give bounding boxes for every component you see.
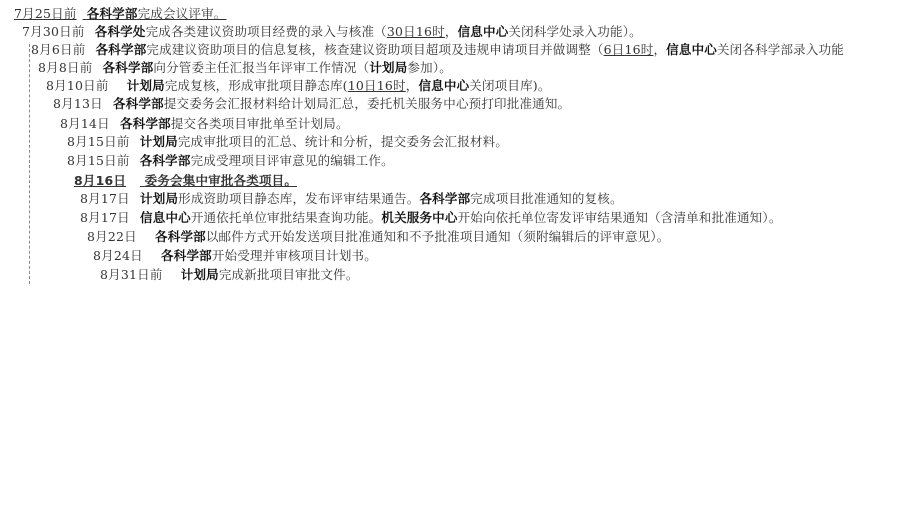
item-text: 以邮件方式开始发送项目批准通知和不予批准项目通知（须附编辑后的评审意见）。: [206, 229, 670, 244]
item-text: 开通依托单位审批结果查询功能。: [191, 210, 382, 225]
timeline-item-11: 8月17日 信息中心开通依托单位审批结果查询功能。机关服务中心开始向依托单位寄发…: [80, 210, 782, 226]
item-date: 8月6日前: [31, 42, 85, 57]
item-date: 8月15日前: [67, 153, 130, 168]
item-text: 提交各类项目审批单至计划局。: [171, 116, 349, 131]
item-text: 完成建议资助项目的信息复核，核查建议资助项目超项及违规申请项目并做调整（: [146, 42, 603, 57]
item-org2: 计划局: [369, 60, 407, 75]
item-org: 各科学部: [161, 248, 212, 263]
item-text: 提交委务会汇报材料给计划局汇总，委托机关服务中心预打印批准通知。: [164, 96, 570, 111]
item-text: 开始受理并审核项目计划书。: [212, 248, 377, 263]
item-org2: 信息中心: [458, 24, 509, 39]
item-text: 完成复核，形成审批项目静态库(: [165, 78, 348, 93]
item-text2: 开始向依托单位寄发评审结果通知（含清单和批准通知）。: [458, 210, 782, 225]
item-org: 计划局: [181, 267, 219, 282]
timeline-item-8: 8月15日前 各科学部完成受理项目评审意见的编辑工作。: [67, 153, 394, 169]
item-date: 8月14日: [60, 116, 110, 131]
item-org2: 机关服务中心: [381, 210, 457, 225]
item-text: 完成受理项目评审意见的编辑工作。: [191, 153, 394, 168]
item-org: 计划局: [127, 78, 165, 93]
item-text2: 关闭项目库)。: [469, 78, 550, 93]
timeline-item-13: 8月24日 各科学部开始受理并审核项目计划书。: [93, 248, 377, 264]
timeline-item-6: 8月14日 各科学部提交各类项目审批单至计划局。: [60, 116, 349, 132]
timeline-dashed-guide: [29, 44, 30, 284]
item-text2: 关闭科学处录入功能）。: [508, 24, 641, 39]
item-org: 各科学部: [87, 6, 138, 21]
item-org: 各科学部: [140, 153, 191, 168]
item-date: 8月17日: [80, 191, 130, 206]
item-deadline: 6日16时: [604, 42, 654, 57]
item-org: 各科学部: [103, 60, 154, 75]
item-date: 7月25日前: [14, 6, 77, 21]
item-org2: 信息中心: [418, 78, 469, 93]
item-date: 8月17日: [80, 210, 130, 225]
item-text: 完成各类建议资助项目经费的录入与核准（: [146, 24, 387, 39]
item-org: 各科学处: [95, 24, 146, 39]
item-org2: 各科学部: [419, 191, 470, 206]
timeline-item-12: 8月22日 各科学部以邮件方式开始发送项目批准通知和不予批准项目通知（须附编辑后…: [87, 229, 670, 245]
timeline-item-2: 8月6日前 各科学部完成建议资助项目的信息复核，核查建议资助项目超项及违规申请项…: [31, 42, 844, 58]
timeline-item-1: 7月30日前 各科学处完成各类建议资助项目经费的录入与核准（30日16时，信息中…: [22, 24, 642, 40]
item-org: 各科学部: [120, 116, 171, 131]
item-date: 8月22日: [87, 229, 137, 244]
timeline-item-0: 7月25日前 各科学部完成会议评审。: [14, 6, 226, 22]
item-org: 计划局: [140, 191, 178, 206]
timeline-item-3: 8月8日前 各科学部向分管委主任汇报当年评审工作情况（计划局参加）。: [38, 60, 452, 76]
item-org: 各科学部: [155, 229, 206, 244]
item-text: 完成审批项目的汇总、统计和分析，提交委务会汇报材料。: [178, 134, 508, 149]
item-org2: 信息中心: [666, 42, 717, 57]
item-org: 各科学部: [113, 96, 164, 111]
item-org: 计划局: [140, 134, 178, 149]
item-date: 7月30日前: [22, 24, 85, 39]
item-org: 委务会集中审批各类项目。: [145, 173, 297, 188]
item-date: 8月15日前: [67, 134, 130, 149]
item-deadline: 10日16时: [348, 78, 406, 93]
item-org: 信息中心: [140, 210, 191, 225]
item-text2: 参加）。: [407, 60, 452, 75]
item-text: 完成会议评审。: [138, 6, 227, 21]
item-org: 各科学部: [96, 42, 147, 57]
item-date: 8月24日: [93, 248, 143, 263]
item-deadline: 30日16时: [387, 24, 445, 39]
timeline-item-14: 8月31日前 计划局完成新批项目审批文件。: [100, 267, 359, 283]
item-text: 完成新批项目审批文件。: [219, 267, 359, 282]
timeline-item-5: 8月13日 各科学部提交委务会汇报材料给计划局汇总，委托机关服务中心预打印批准通…: [53, 96, 570, 112]
item-text2: 完成项目批准通知的复核。: [470, 191, 622, 206]
item-text: 向分管委主任汇报当年评审工作情况（: [153, 60, 369, 75]
timeline-item-7: 8月15日前 计划局完成审批项目的汇总、统计和分析，提交委务会汇报材料。: [67, 134, 508, 150]
item-text: 形成资助项目静态库，发布评审结果通告。: [178, 191, 419, 206]
item-date: 8月13日: [53, 96, 103, 111]
item-date: 8月16日: [74, 173, 126, 188]
item-text2: 关闭各科学部录入功能: [717, 42, 844, 57]
timeline-item-9: 8月16日 委务会集中审批各类项目。: [74, 173, 297, 189]
item-date: 8月8日前: [38, 60, 92, 75]
item-date: 8月31日前: [100, 267, 163, 282]
timeline-item-4: 8月10日前 计划局完成复核，形成审批项目静态库(10日16时，信息中心关闭项目…: [46, 78, 551, 94]
timeline-item-10: 8月17日 计划局形成资助项目静态库，发布评审结果通告。各科学部完成项目批准通知…: [80, 191, 623, 207]
item-date: 8月10日前: [46, 78, 109, 93]
